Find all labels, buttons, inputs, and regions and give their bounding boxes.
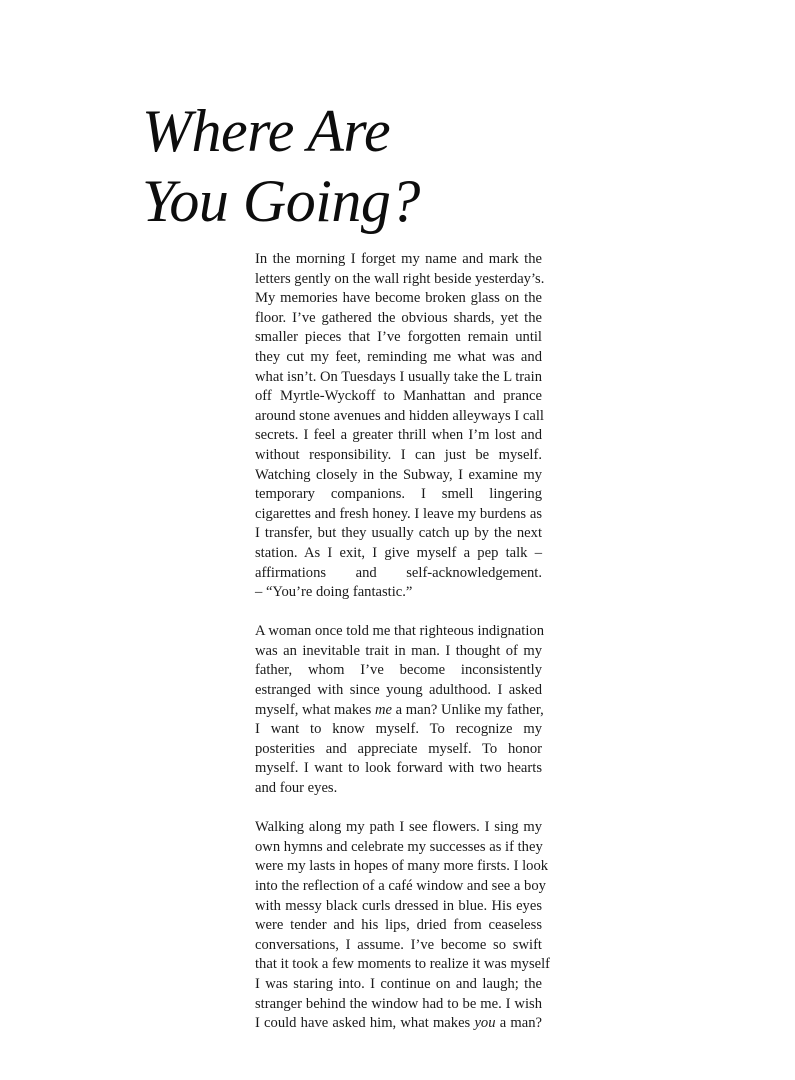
text-line: own hymns and celebrate my successes as … [255,838,542,858]
text-line: with messy black curls dressed in blue. … [255,897,542,917]
text-line-with-emphasis: myself, what makes me a man? Unlike my f… [255,701,542,721]
article-body: In the morning I forget my name and mark… [255,250,542,1053]
text-line: My memories have become broken glass on … [255,289,542,309]
title-line-2: You Going? [142,166,420,236]
text-line: myself. I want to look forward with two … [255,759,542,779]
text-line: posterities and appreciate myself. To ho… [255,740,542,760]
text-run: a man? Unlike my father, [392,702,544,718]
text-line: what isn’t. On Tuesdays I usually take t… [255,368,542,388]
text-line: conversations, I assume. I’ve become so … [255,936,542,956]
text-line-with-emphasis: I could have asked him, what makes you a… [255,1014,542,1034]
text-line: secrets. I feel a greater thrill when I’… [255,426,542,446]
paragraph-1: In the morning I forget my name and mark… [255,250,542,603]
text-line: affirmations and self-acknowledgement. [255,564,542,584]
text-line: off Myrtle-Wyckoff to Manhattan and pran… [255,387,542,407]
text-line: temporary companions. I smell lingering [255,485,542,505]
text-run: I could have asked him, what makes [255,1015,474,1031]
emphasis-you: you [474,1015,495,1031]
text-line: station. As I exit, I give myself a pep … [255,544,542,564]
text-line: they cut my feet, reminding me what was … [255,348,542,368]
text-line: and four eyes. [255,779,542,799]
text-line: A woman once told me that righteous indi… [255,622,542,642]
text-line: father, whom I’ve become inconsistently [255,661,542,681]
text-line: letters gently on the wall right beside … [255,270,542,290]
text-line: stranger behind the window had to be me.… [255,995,542,1015]
page-title: Where Are You Going? [142,96,420,236]
title-line-1: Where Are [142,96,420,166]
text-line: Walking along my path I see flowers. I s… [255,818,542,838]
text-line: around stone avenues and hidden alleyway… [255,407,542,427]
text-line: I was staring into. I continue on and la… [255,975,542,995]
text-line: floor. I’ve gathered the obvious shards,… [255,309,542,329]
emphasis-me: me [375,702,392,718]
text-line: estranged with since young adulthood. I … [255,681,542,701]
text-line: without responsibility. I can just be my… [255,446,542,466]
text-line: Watching closely in the Subway, I examin… [255,466,542,486]
text-line: were tender and his lips, dried from cea… [255,916,542,936]
text-line: was an inevitable trait in man. I though… [255,642,542,662]
text-line: – “You’re doing fantastic.” [255,583,542,603]
text-line: I transfer, but they usually catch up by… [255,524,542,544]
text-line: into the reflection of a café window and… [255,877,542,897]
document-page: Where Are You Going? In the morning I fo… [0,0,795,1080]
text-line: In the morning I forget my name and mark… [255,250,542,270]
text-run: myself, what makes [255,702,375,718]
text-line: were my lasts in hopes of many more firs… [255,857,542,877]
text-line: I want to know myself. To recognize my [255,720,542,740]
text-line: cigarettes and fresh honey. I leave my b… [255,505,542,525]
text-line: that it took a few moments to realize it… [255,955,542,975]
text-run: a man? [496,1015,542,1031]
paragraph-3: Walking along my path I see flowers. I s… [255,818,542,1034]
paragraph-2: A woman once told me that righteous indi… [255,622,542,798]
text-line: smaller pieces that I’ve forgotten remai… [255,328,542,348]
